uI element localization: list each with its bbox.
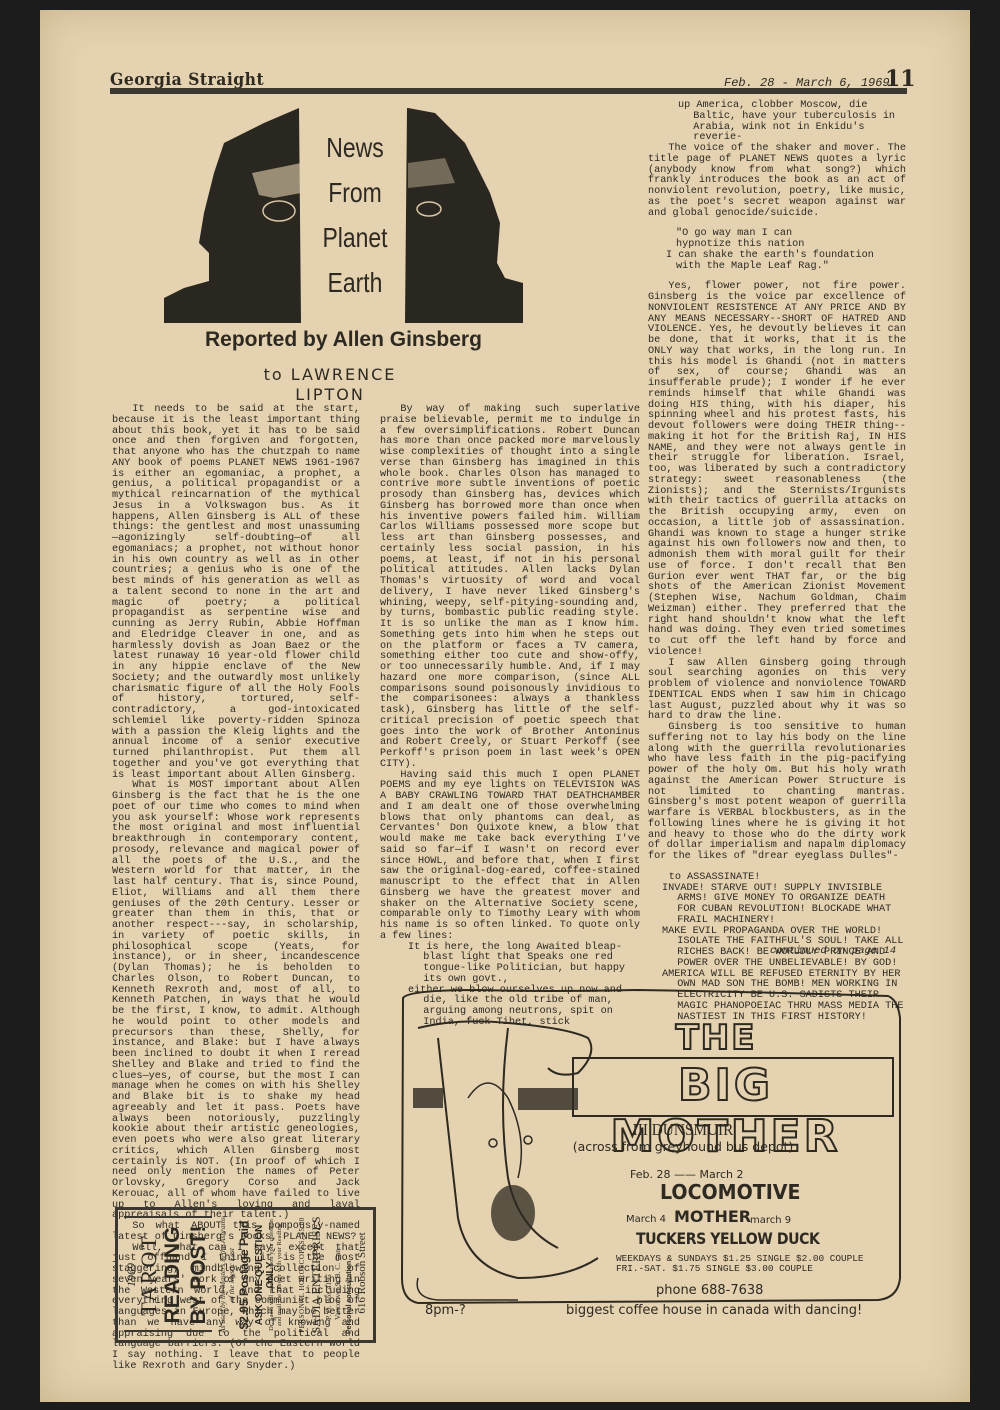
publication-name: Georgia Straight (110, 70, 264, 90)
band-1: LOCOMOTIVE (660, 1180, 800, 1204)
paragraph: What is MOST important about Allen Ginsb… (112, 781, 360, 1222)
continued-note: continued on page 14 (770, 945, 896, 957)
portrait-right-half (405, 103, 530, 323)
tarot-ad-rotated-content: 1969 TAROT READING BY POST! As used by t… (118, 1210, 373, 1340)
paragraph: Having said this much I open PLANET POEM… (380, 771, 640, 943)
paragraph: By way of making such superlative praise… (380, 405, 640, 771)
article-headline: News From Planet Earth (310, 125, 400, 305)
masthead-rule (110, 88, 907, 94)
paragraph: I saw Allen Ginsberg going through soul … (648, 659, 906, 724)
tarot-ad: 1969 TAROT READING BY POST! As used by t… (115, 1207, 376, 1343)
club-phone: phone 688-7638 (656, 1283, 763, 1298)
portrait-left-half (164, 103, 326, 323)
club-title-the: THE (656, 1018, 776, 1058)
club-address: III DUNSMUIR (607, 1120, 760, 1140)
band-3: TUCKERS YELLOW DUCK (636, 1229, 819, 1248)
club-hours: 8pm-? (425, 1303, 466, 1318)
paragraph: It needs to be said at the start, becaus… (112, 405, 360, 781)
dates-2-start: March 4 (626, 1214, 666, 1225)
club-address-note: (across from greyhound bus depot) (553, 1139, 813, 1154)
article-column-3: up America, clobber Moscow, die Baltic, … (648, 101, 906, 1023)
big-mother-club-ad: THE BIG MOTHER III DUNSMUIR (across from… (398, 978, 903, 1308)
paragraph: Ginsberg is too sensitive to human suffe… (648, 723, 906, 863)
lyric-quote: "O go way man I can hypnotize this natio… (648, 229, 906, 272)
band-2: MOTHER (674, 1207, 751, 1226)
club-slogan: biggest coffee house in canada with danc… (566, 1303, 862, 1318)
dates-2-end: march 9 (750, 1215, 791, 1226)
paragraph: The voice of the shaker and mover. The t… (648, 144, 906, 219)
admission-prices: WEEKDAYS & SUNDAYS $1.25 SINGLE $2.00 CO… (616, 1254, 864, 1274)
paragraph: Yes, flower power, not fire power. Ginsb… (648, 282, 906, 658)
poem-excerpt-continued: up America, clobber Moscow, die Baltic, … (648, 101, 906, 144)
article-column-2: By way of making such superlative praise… (380, 405, 640, 1029)
article-byline: Reported by Allen Ginsberg (205, 328, 482, 352)
handwritten-inscription: to LAWRENCE LIPTON (240, 365, 420, 405)
